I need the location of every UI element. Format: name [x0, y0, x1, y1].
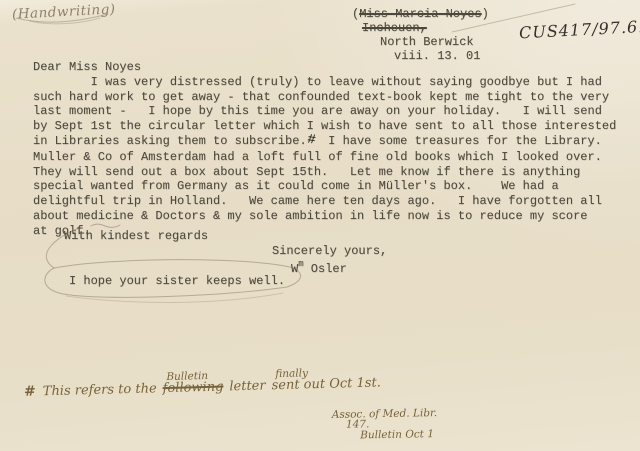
body-line: I was very distressed (truly) to leave w… [33, 75, 616, 90]
subscribe-text: in Libraries asking them to subscribe. [33, 134, 307, 148]
crossed-place: Incheuen, [362, 21, 427, 36]
salutation: Dear Miss Noyes [33, 60, 616, 75]
recipient-line: (Miss Marcia Noyes) [352, 7, 489, 22]
body-line: Muller & Co of Amsterdam had a loft full… [33, 150, 616, 165]
footnote-hash-mark: # [24, 383, 36, 399]
closing-regards: With kindest regards [64, 229, 208, 244]
place-name: North Berwick [380, 35, 474, 50]
body-line: special wanted from Germany as it could … [33, 179, 616, 194]
postscript: I hope your sister keeps well. [69, 274, 285, 289]
footnote-inserted-word: finally [275, 367, 308, 380]
signature: Wm Osler [291, 257, 347, 277]
body-line-subscribe: in Libraries asking them to subscribe.# … [33, 134, 616, 150]
body-line: about medicine & Doctors & my sole ambit… [33, 209, 616, 224]
handwriting-label: (Handwriting) [12, 1, 116, 22]
accession-number: CUS417/97.61 [519, 17, 640, 43]
letter-page: (Handwriting) (Miss Marcia Noyes) Incheu… [0, 0, 640, 451]
postscript-loop-echo [66, 293, 283, 302]
footnote-text: letter [229, 378, 266, 394]
recipient-paren-close: ) [482, 7, 489, 21]
body-line: They will send out a box about Sept 15th… [33, 165, 616, 180]
body-line: last moment - I hope by this time you ar… [33, 104, 616, 119]
subscribe-text-after: I have some treasures for the Library. [314, 134, 602, 148]
footnote-struck-word-wrap: Bulletinfollowing [162, 380, 223, 397]
footnote-right: Assoc. of Med. Libr. 147. Bulletin Oct 1 [332, 408, 438, 441]
recipient-name: Miss Marcia Noyes [359, 7, 481, 21]
body-line: by Sept 1st the circular letter which I … [33, 119, 616, 134]
footnote-insert-wrap: finallysent out Oct 1st. [271, 375, 381, 393]
footnote-right-line3: Bulletin Oct 1 [360, 429, 438, 440]
signature-surname: Osler [304, 262, 347, 276]
letter-body: Dear Miss Noyes I was very distressed (t… [33, 60, 616, 239]
body-line: such hard work to get away - that confou… [33, 90, 616, 105]
body-line: delightful trip in Holland. We came here… [33, 194, 616, 209]
footnote-text: This refers to the [43, 381, 157, 399]
footnote-left: #This refers to theBulletinfollowinglett… [24, 374, 387, 399]
footnote-inserted-word: Bulletin [166, 370, 208, 383]
